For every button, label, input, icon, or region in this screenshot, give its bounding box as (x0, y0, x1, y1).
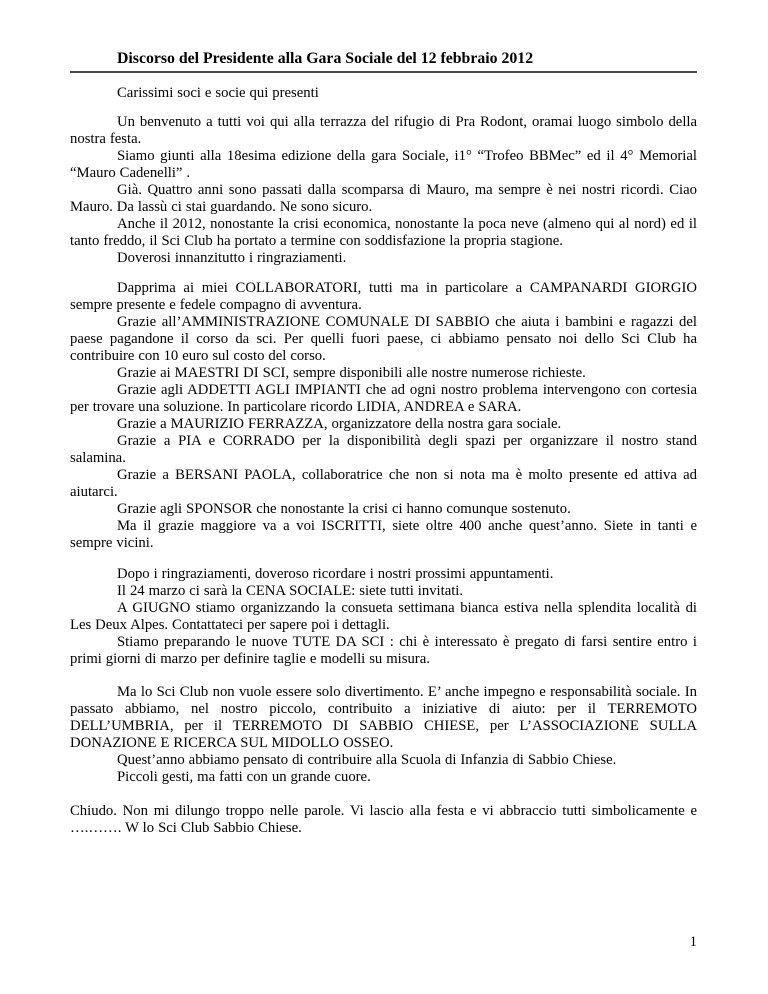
paragraph-thanks-bersani: Grazie a BERSANI PAOLA, collaboratrice c… (70, 467, 697, 501)
paragraph-cena-sociale: Il 24 marzo ci sarà la CENA SOCIALE: sie… (70, 583, 697, 600)
paragraph-salutation: Carissimi soci e socie qui presenti (70, 85, 697, 102)
paragraph-welcome: Un benvenuto a tutti voi qui alla terraz… (70, 114, 697, 148)
paragraph-thanks-administration: Grazie all’AMMINISTRAZIONE COMUNALE DI S… (70, 314, 697, 365)
paragraph-thanks-ferrazza: Grazie a MAURIZIO FERRAZZA, organizzator… (70, 416, 697, 433)
paragraph-season: Anche il 2012, nonostante la crisi econo… (70, 216, 697, 250)
paragraph-closing: Chiudo. Non mi dilungo troppo nelle paro… (70, 803, 697, 837)
paragraph-scuola-infanzia: Quest’anno abbiamo pensato di contribuir… (70, 752, 697, 769)
paragraph-thanks-lift-staff: Grazie agli ADDETTI AGLI IMPIANTI che ad… (70, 382, 697, 416)
document-page: Discorso del Presidente alla Gara Social… (0, 0, 768, 994)
paragraph-appointments-intro: Dopo i ringraziamenti, doveroso ricordar… (70, 566, 697, 583)
paragraph-tute-da-sci: Stiamo preparando le nuove TUTE DA SCI :… (70, 634, 697, 668)
paragraph-thanks-intro: Doverosi innanzitutto i ringraziamenti. (70, 250, 697, 267)
page-number: 1 (690, 934, 697, 951)
paragraph-thanks-instructors: Grazie ai MAESTRI DI SCI, sempre disponi… (70, 365, 697, 382)
paragraph-thanks-sponsor: Grazie agli SPONSOR che nonostante la cr… (70, 501, 697, 518)
title-block: Discorso del Presidente alla Gara Social… (70, 49, 697, 73)
paragraph-thanks-members: Ma il grazie maggiore va a voi ISCRITTI,… (70, 518, 697, 552)
paragraph-thanks-pia-corrado: Grazie a PIA e CORRADO per la disponibil… (70, 433, 697, 467)
paragraph-thanks-collaborators: Dapprima ai miei COLLABORATORI, tutti ma… (70, 280, 697, 314)
paragraph-piccoli-gesti: Piccoli gesti, ma fatti con un grande cu… (70, 769, 697, 786)
paragraph-social-commitment: Ma lo Sci Club non vuole essere solo div… (70, 684, 697, 752)
paragraph-settimana-bianca: A GIUGNO stiamo organizzando la consueta… (70, 600, 697, 634)
paragraph-mauro: Già. Quattro anni sono passati dalla sco… (70, 182, 697, 216)
document-title: Discorso del Presidente alla Gara Social… (70, 49, 697, 68)
paragraph-edition: Siamo giunti alla 18esima edizione della… (70, 148, 697, 182)
